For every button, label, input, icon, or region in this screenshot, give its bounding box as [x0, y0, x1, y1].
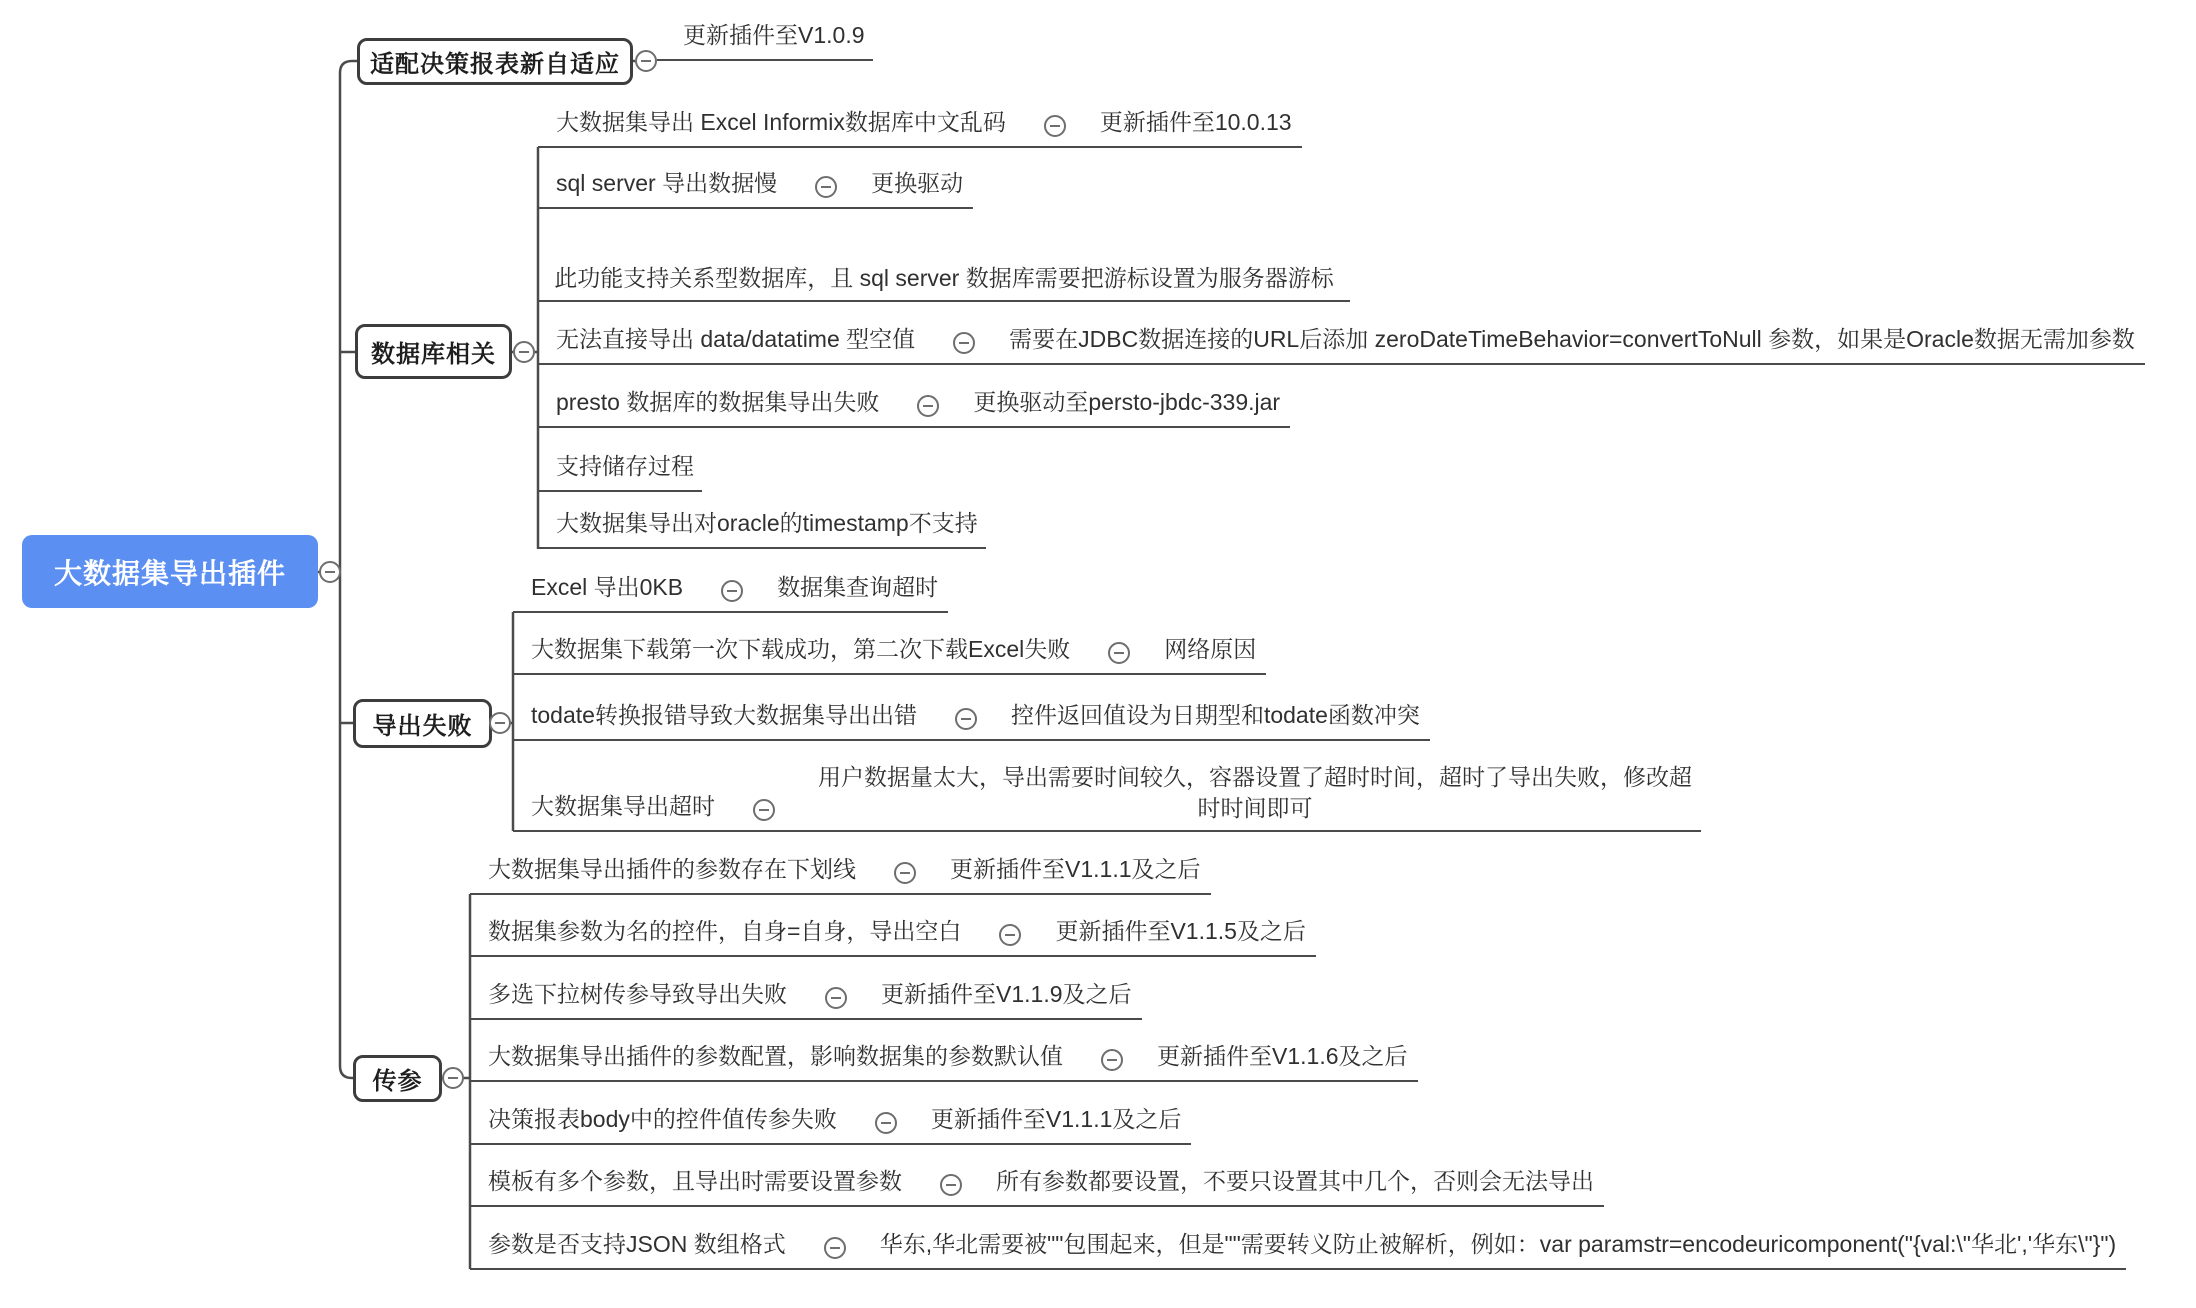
child-node[interactable]: 支持储存过程: [538, 446, 702, 492]
child-label: 参数是否支持JSON 数组格式: [470, 1226, 794, 1268]
note-label: 更换驱动: [871, 165, 973, 207]
child-label: 大数据集导出插件的参数配置，影响数据集的参数默认值: [470, 1038, 1071, 1080]
child-label: sql server 导出数据慢: [538, 165, 785, 207]
child-node[interactable]: sql server 导出数据慢 更换驱动: [538, 163, 973, 209]
collapse-icon[interactable]: [1108, 642, 1130, 664]
child-node[interactable]: presto 数据库的数据集导出失败 更换驱动至persto-jbdc-339.…: [538, 382, 1290, 428]
note-label: 控件返回值设为日期型和todate函数冲突: [1011, 697, 1430, 739]
branch-label: 导出失败: [373, 706, 473, 741]
note-label: 更新插件至V1.1.1及之后: [931, 1101, 1192, 1143]
child-label: 数据集参数为名的控件，自身=自身，导出空白: [470, 913, 969, 955]
child-node[interactable]: 大数据集导出对oracle的timestamp不支持: [538, 503, 986, 549]
child-label: 多选下拉树传参导致导出失败: [470, 976, 795, 1018]
note-label: 更换驱动至persto-jbdc-339.jar: [973, 384, 1290, 426]
collapse-icon[interactable]: [955, 708, 977, 730]
child-label: 大数据集导出插件的参数存在下划线: [470, 851, 864, 893]
collapse-icon[interactable]: [917, 395, 939, 417]
child-node[interactable]: 此功能支持关系型数据库，且 sql server 数据库需要把游标设置为服务器游…: [538, 224, 1350, 302]
branch-node-adapt[interactable]: 适配决策报表新自适应: [357, 38, 633, 85]
note-label: 更新插件至V1.1.6及之后: [1157, 1038, 1418, 1080]
collapse-icon[interactable]: [824, 1237, 846, 1259]
note-label: 更新插件至V1.1.5及之后: [1055, 913, 1316, 955]
branch-node-database[interactable]: 数据库相关: [355, 324, 512, 379]
child-node[interactable]: 无法直接导出 data/datatime 型空值 需要在JDBC数据连接的URL…: [538, 319, 2145, 365]
child-node[interactable]: 大数据集导出插件的参数配置，影响数据集的参数默认值 更新插件至V1.1.6及之后: [470, 1036, 1418, 1082]
note-label: 数据集查询超时: [777, 569, 948, 611]
collapse-icon[interactable]: [489, 712, 511, 734]
note-label: 华东,华北需要被""包围起来，但是""需要转义防止被解析，例如：var para…: [880, 1226, 2126, 1268]
collapse-icon[interactable]: [953, 332, 975, 354]
branch-label: 数据库相关: [371, 334, 496, 369]
collapse-icon[interactable]: [815, 176, 837, 198]
collapse-icon[interactable]: [825, 987, 847, 1009]
child-node[interactable]: 模板有多个参数，且导出时需要设置参数 所有参数都要设置，不要只设置其中几个，否则…: [470, 1161, 1604, 1207]
child-node[interactable]: todate转换报错导致大数据集导出出错 控件返回值设为日期型和todate函数…: [513, 695, 1430, 741]
root-label: 大数据集导出插件: [54, 552, 286, 592]
collapse-icon[interactable]: [875, 1112, 897, 1134]
branch-node-params[interactable]: 传参: [353, 1055, 442, 1102]
child-node[interactable]: Excel 导出0KB 数据集查询超时: [513, 567, 948, 613]
collapse-icon[interactable]: [894, 862, 916, 884]
child-label: Excel 导出0KB: [513, 569, 691, 611]
root-node[interactable]: 大数据集导出插件: [22, 535, 318, 608]
child-label: 大数据集导出超时: [513, 788, 723, 830]
collapse-icon[interactable]: [753, 799, 775, 821]
child-node[interactable]: 数据集参数为名的控件，自身=自身，导出空白 更新插件至V1.1.5及之后: [470, 911, 1316, 957]
collapse-icon[interactable]: [1044, 115, 1066, 137]
child-label: 此功能支持关系型数据库，且 sql server 数据库需要把游标设置为服务器游…: [538, 263, 1350, 300]
child-label: presto 数据库的数据集导出失败: [538, 384, 887, 426]
collapse-icon[interactable]: [513, 341, 535, 363]
child-label: 决策报表body中的控件值传参失败: [470, 1101, 845, 1143]
child-node[interactable]: 大数据集下载第一次下载成功，第二次下载Excel失败 网络原因: [513, 629, 1266, 675]
mindmap-canvas: 大数据集导出插件 适配决策报表新自适应 更新插件至V1.0.9 数据库相关 大数…: [0, 0, 2196, 1308]
collapse-icon[interactable]: [940, 1174, 962, 1196]
child-label: 无法直接导出 data/datatime 型空值: [538, 321, 923, 363]
collapse-icon[interactable]: [442, 1067, 464, 1089]
child-node[interactable]: 大数据集导出超时 用户数据量太大，导出需要时间较久，容器设置了超时时间，超时了导…: [513, 754, 1701, 832]
note-label: 更新插件至V1.1.1及之后: [950, 851, 1211, 893]
note-label: 需要在JDBC数据连接的URL后添加 zeroDateTimeBehavior=…: [1009, 321, 2145, 363]
child-label: 模板有多个参数，且导出时需要设置参数: [470, 1163, 910, 1205]
collapse-icon[interactable]: [999, 924, 1021, 946]
note-label: 所有参数都要设置，不要只设置其中几个，否则会无法导出: [996, 1163, 1604, 1205]
branch-label: 传参: [373, 1061, 423, 1096]
child-node[interactable]: 更新插件至V1.0.9: [657, 15, 873, 61]
child-node[interactable]: 多选下拉树传参导致导出失败 更新插件至V1.1.9及之后: [470, 974, 1142, 1020]
child-label: 大数据集导出 Excel Informix数据库中文乱码: [538, 104, 1014, 146]
branch-node-export-fail[interactable]: 导出失败: [353, 699, 492, 748]
child-label: 大数据集下载第一次下载成功，第二次下载Excel失败: [513, 631, 1078, 673]
collapse-icon[interactable]: [319, 561, 341, 583]
child-label: 支持储存过程: [538, 448, 702, 490]
note-label: 用户数据量太大，导出需要时间较久，容器设置了超时时间，超时了导出失败，修改超时时…: [809, 762, 1701, 830]
collapse-icon[interactable]: [721, 580, 743, 602]
child-label: 更新插件至V1.0.9: [657, 17, 873, 59]
child-label: todate转换报错导致大数据集导出出错: [513, 697, 925, 739]
child-node[interactable]: 决策报表body中的控件值传参失败 更新插件至V1.1.1及之后: [470, 1099, 1191, 1145]
collapse-icon[interactable]: [1101, 1049, 1123, 1071]
note-label: 网络原因: [1164, 631, 1266, 673]
collapse-icon[interactable]: [635, 50, 657, 72]
child-label: 大数据集导出对oracle的timestamp不支持: [538, 505, 986, 547]
note-label: 更新插件至10.0.13: [1100, 104, 1302, 146]
branch-label: 适配决策报表新自适应: [370, 44, 620, 79]
note-label: 更新插件至V1.1.9及之后: [881, 976, 1142, 1018]
child-node[interactable]: 大数据集导出 Excel Informix数据库中文乱码 更新插件至10.0.1…: [538, 102, 1302, 148]
child-node[interactable]: 参数是否支持JSON 数组格式 华东,华北需要被""包围起来，但是""需要转义防…: [470, 1224, 2126, 1270]
child-node[interactable]: 大数据集导出插件的参数存在下划线 更新插件至V1.1.1及之后: [470, 849, 1211, 895]
